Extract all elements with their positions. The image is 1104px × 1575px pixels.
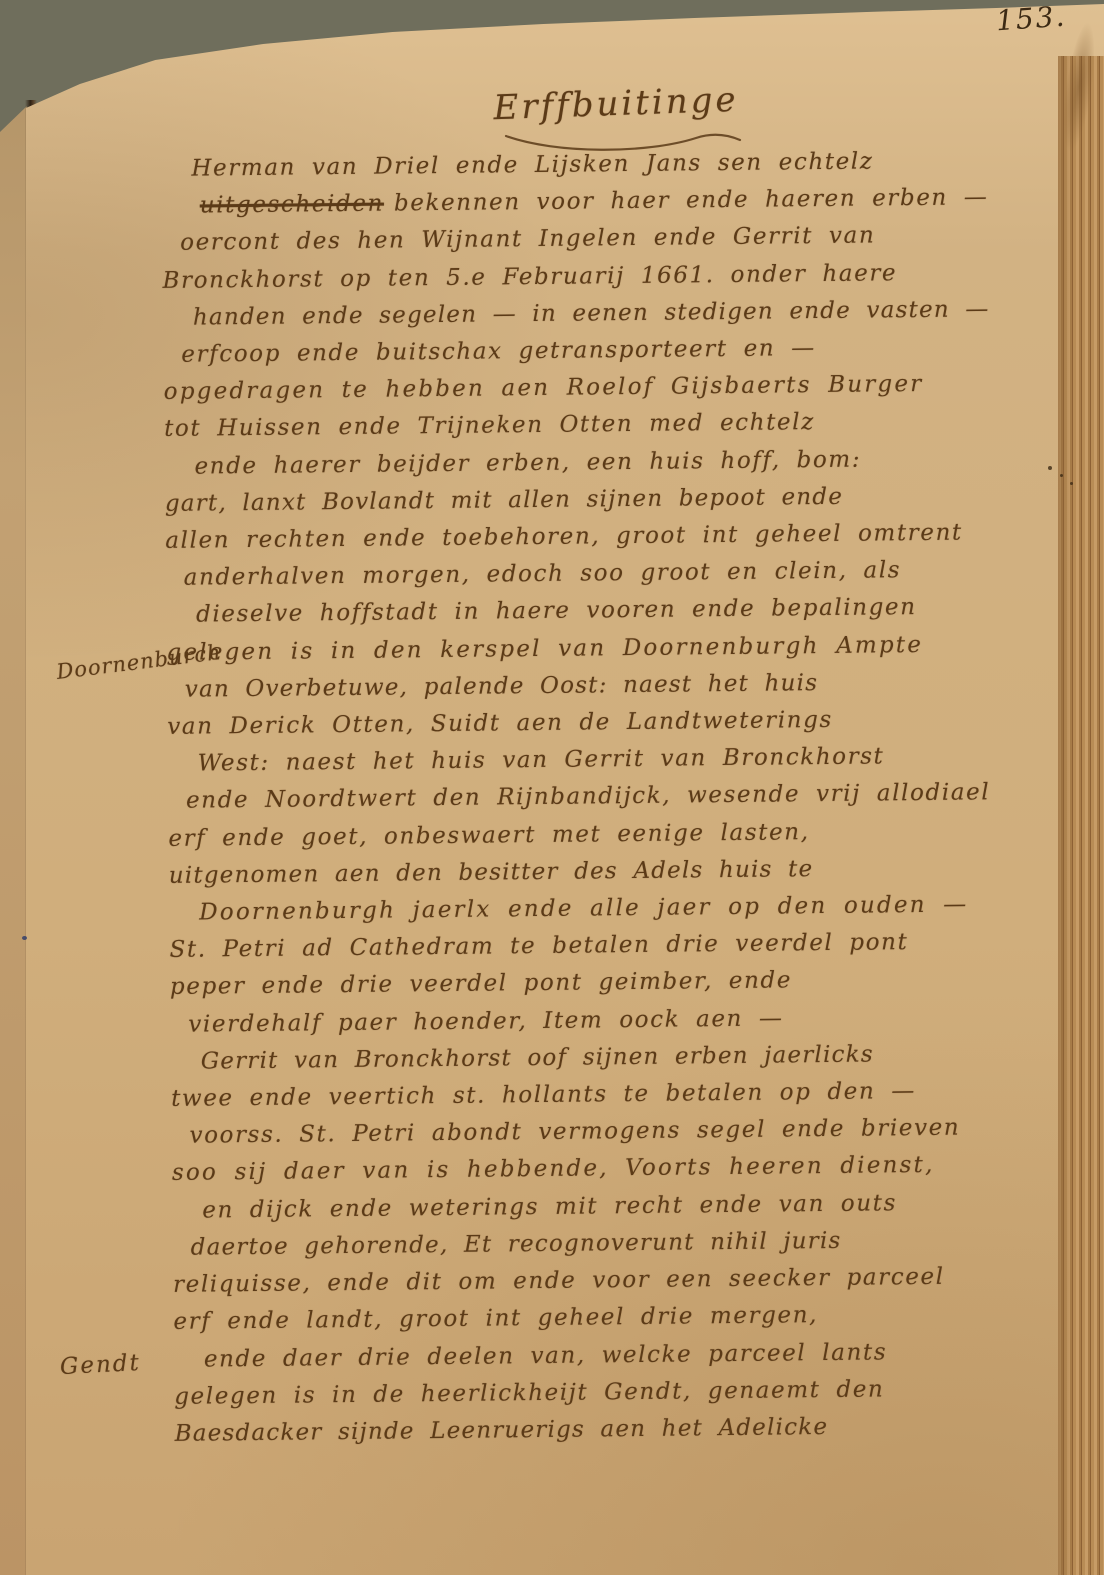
- ink-speck: [1070, 482, 1073, 485]
- facing-page-sliver: [0, 0, 27, 1575]
- page-heading: Erffbuitinge: [445, 78, 786, 130]
- manuscript-scan: { "theme":{ "backdrop_color":"#6f6e5c", …: [0, 0, 1104, 1575]
- book-fore-edge: [1058, 56, 1104, 1575]
- manuscript-page: 153. Erffbuitinge Herman van Driel ende …: [26, 0, 1104, 1575]
- page-number: 153.: [995, 0, 1067, 37]
- ink-speck: [22, 936, 27, 940]
- margin-note-gendt: Gendt: [59, 1350, 141, 1380]
- manuscript-text: Herman van Driel ende Lijsken Jans sen e…: [161, 141, 1104, 1453]
- ink-speck: [1060, 474, 1063, 477]
- struck-word: uitgescheiden: [200, 191, 384, 219]
- ink-speck: [1048, 466, 1052, 470]
